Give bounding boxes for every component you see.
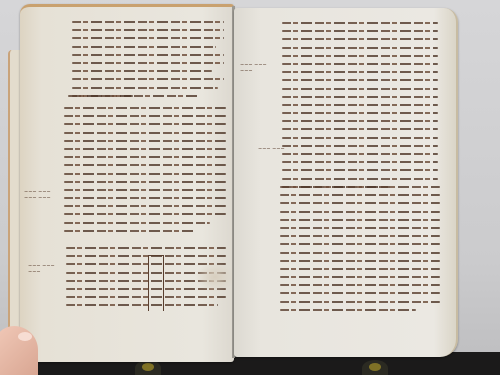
left-text-block-2 bbox=[64, 107, 226, 238]
photo-scene: ~~~ ~~~ ~~~ ~~~ ~~~ ~~~ ~~~ ~~~ ~~~ ~~~ … bbox=[0, 0, 500, 375]
left-text-block-1 bbox=[72, 21, 224, 103]
ink-bracket-mark bbox=[148, 255, 164, 311]
right-page: ~~~ ~~~ ~~~ ~~~ ~~~ bbox=[234, 8, 458, 357]
right-text-block-2 bbox=[280, 186, 440, 317]
left-page: ~~~ ~~~ ~~~ ~~~ ~~~ ~~~ ~~~ bbox=[20, 4, 234, 362]
right-margin-note-1: ~~~ ~~~ ~~~ bbox=[240, 62, 280, 74]
left-margin-note-1: ~~~ ~~~ ~~~ ~~~ bbox=[24, 189, 64, 201]
right-margin-note-2: ~~~ ~~~ bbox=[258, 146, 286, 152]
book-support-right bbox=[362, 360, 388, 375]
left-heading-line bbox=[68, 95, 198, 103]
left-margin-note-2: ~~~ ~~~ ~~~ bbox=[28, 263, 64, 275]
right-text-block-1 bbox=[282, 22, 438, 194]
water-stain bbox=[195, 262, 235, 292]
book-support-left bbox=[135, 360, 161, 375]
